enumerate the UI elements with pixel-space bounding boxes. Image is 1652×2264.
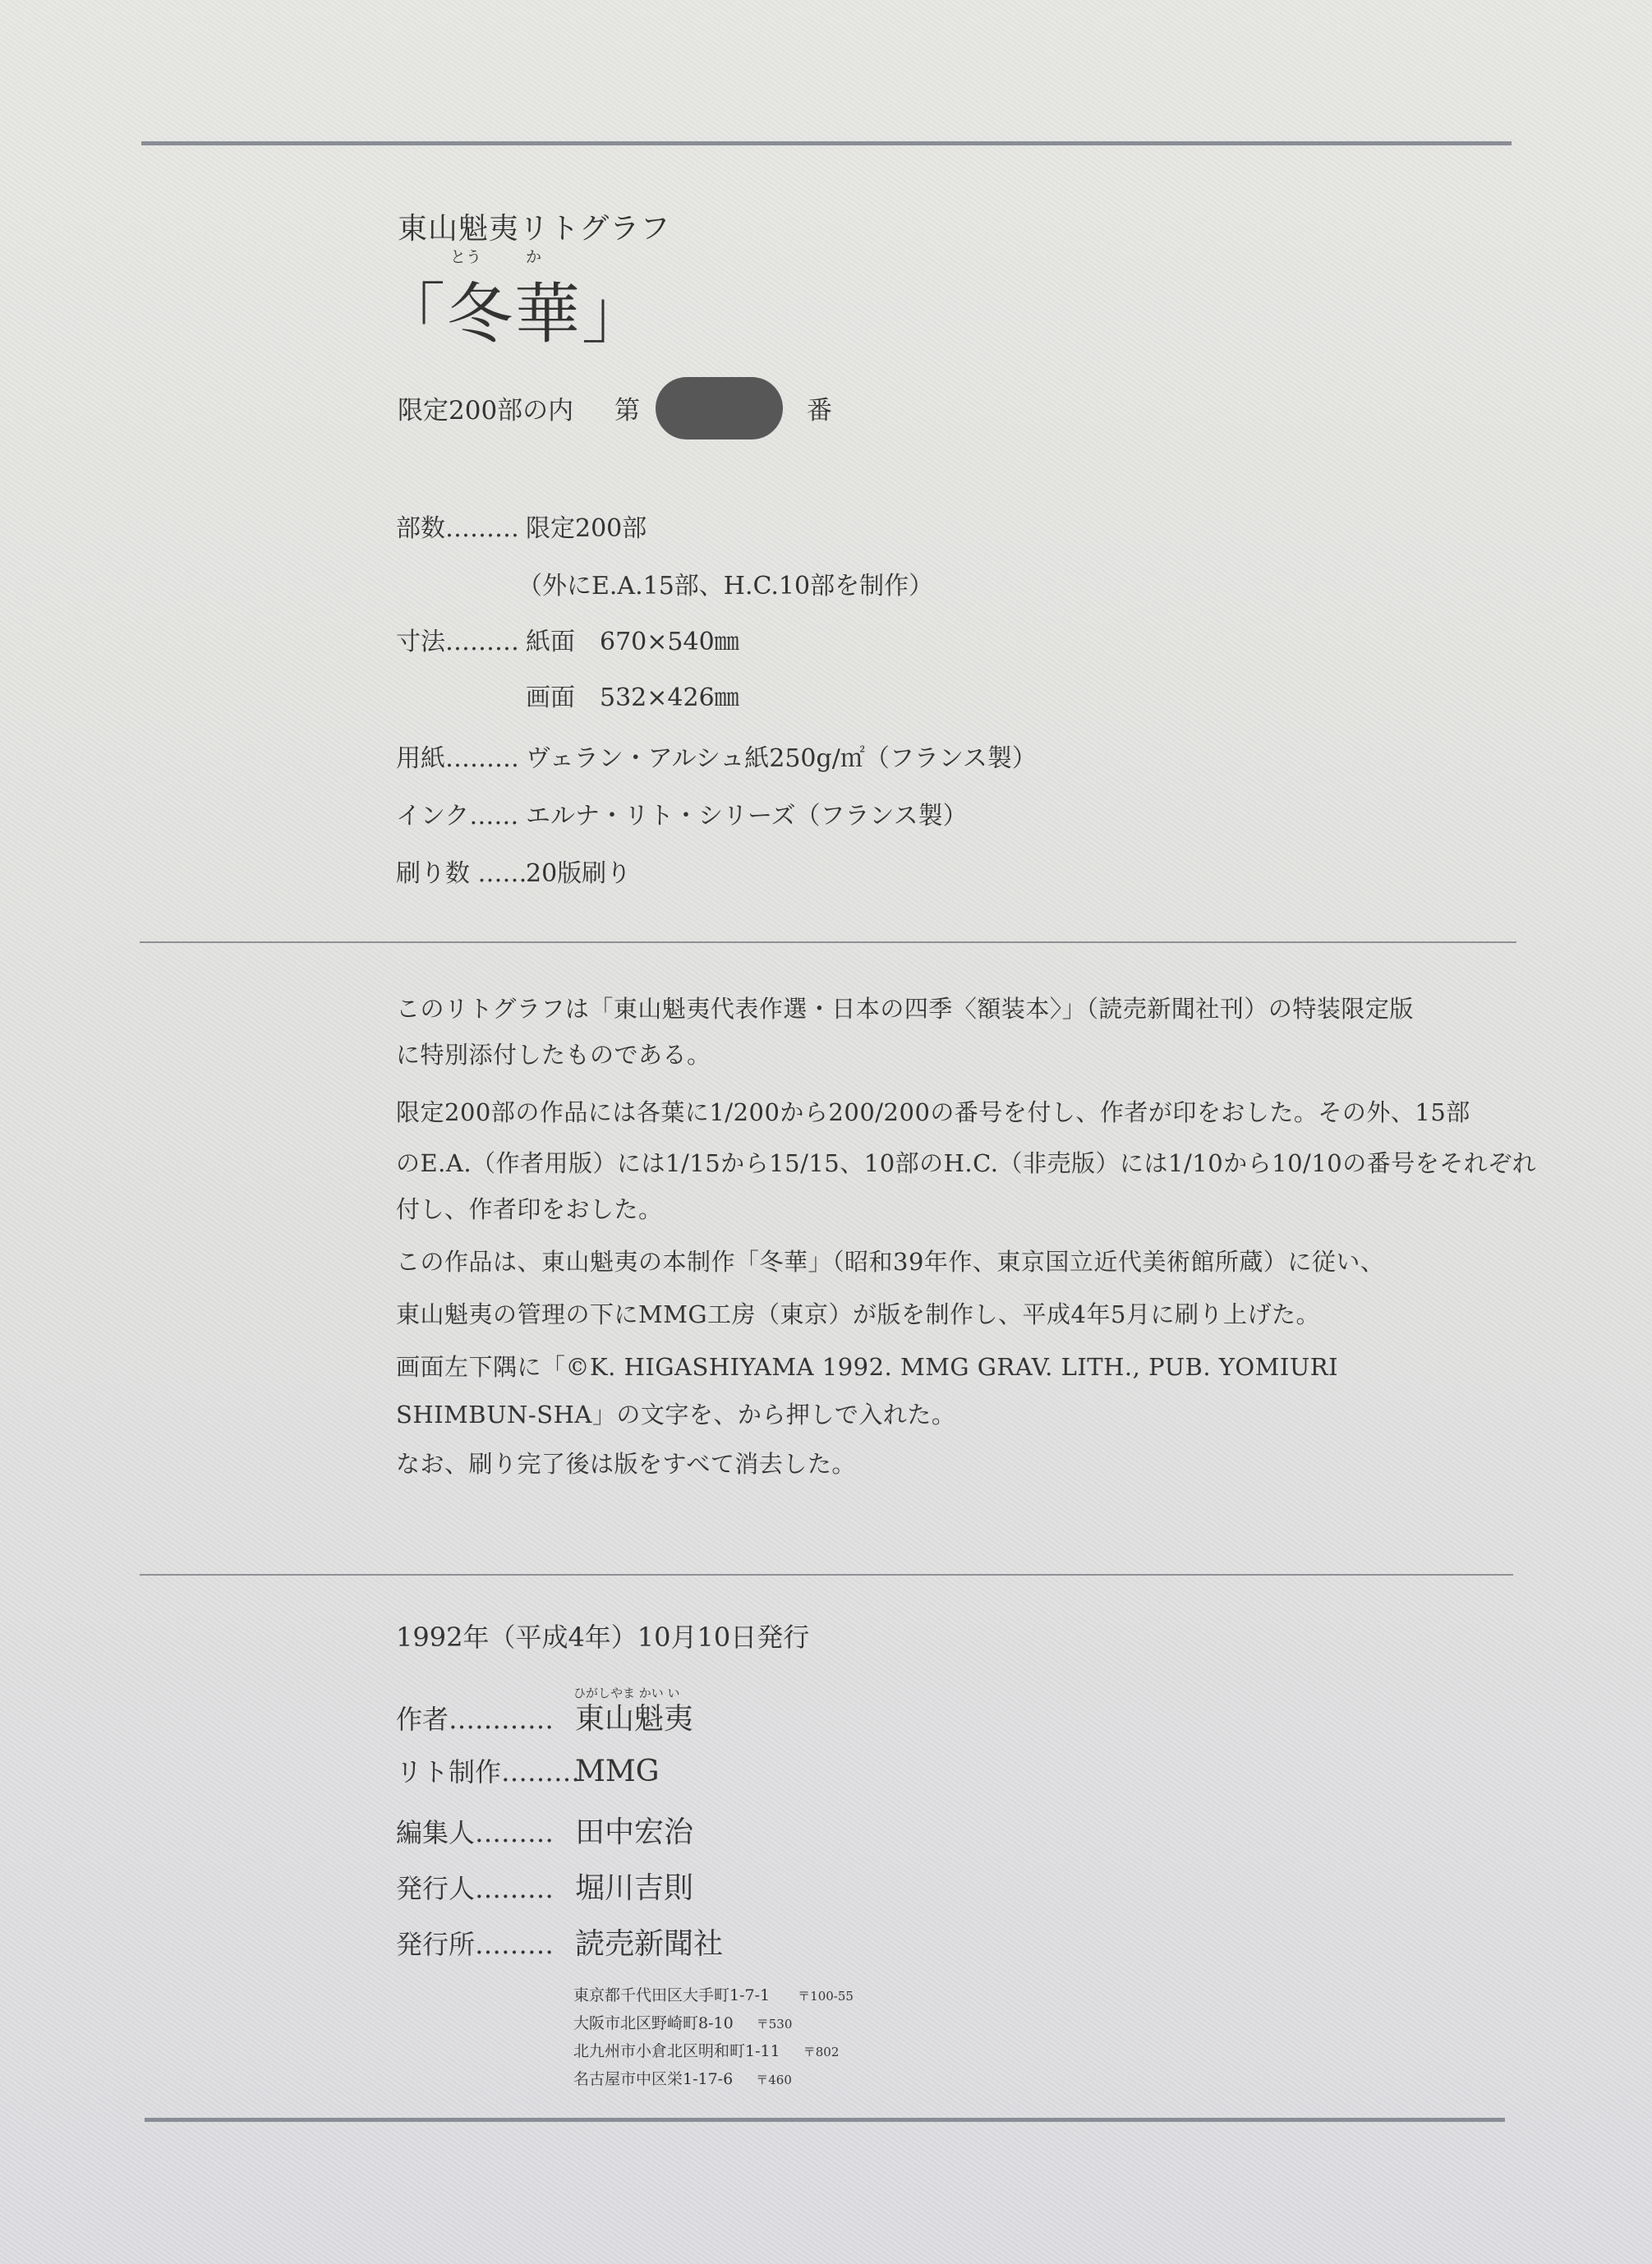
spec-row: 刷り数 ……20版刷り xyxy=(396,853,631,889)
description-line: に特別添付したものである。 xyxy=(396,1037,711,1070)
spec-label: 刷り数 …… xyxy=(396,853,526,889)
credit-row: 発行人………堀川吉則 xyxy=(396,1865,693,1907)
address-row: 大阪市北区野崎町8-10 〒530 xyxy=(573,2011,792,2033)
description-line: のE.A.（作者用版）には1/15から15/15、10部のH.C.（非売版）には… xyxy=(396,1145,1536,1179)
credit-row: 編集人………田中宏治 xyxy=(396,1809,693,1851)
zip-code: 〒460 xyxy=(756,2073,792,2087)
description-line: 付し、作者印をおした。 xyxy=(396,1191,663,1225)
spec-value: 20版刷り xyxy=(526,859,631,888)
spec-label: インク…… xyxy=(396,795,526,831)
spec-row: 用紙………ヴェラン・アルシュ紙250g/㎡（フランス製） xyxy=(396,738,1037,774)
description-line: このリトグラフは「東山魁夷代表作選・日本の四季〈額装本〉」（読売新聞社刊）の特装… xyxy=(396,991,1414,1024)
top-rule xyxy=(141,141,1512,145)
edition-ban: 番 xyxy=(807,389,832,426)
redacted-edition-number xyxy=(656,377,783,439)
description-line: 限定200部の作品には各葉に1/200から200/200の番号を付し、作者が印を… xyxy=(396,1094,1470,1128)
spec-row: 画面 532×426㎜ xyxy=(526,677,739,713)
divider-rule-1 xyxy=(140,941,1516,943)
edition-dai: 第 xyxy=(614,389,640,426)
spec-value: エルナ・リト・シリーズ（フランス製） xyxy=(526,802,968,831)
divider-rule-2 xyxy=(140,1574,1513,1576)
description-line: なお、刷り完了後は版をすべて消去した。 xyxy=(396,1446,856,1479)
description-line: SHIMBUN-SHA」の文字を、から押しで入れた。 xyxy=(396,1397,955,1430)
credit-value: 東山魁夷 xyxy=(575,1702,693,1736)
address-text: 東京都千代田区大手町1-7-1 xyxy=(573,1986,770,2004)
zip-code: 〒530 xyxy=(757,2017,793,2032)
bottom-rule xyxy=(145,2118,1505,2122)
credit-label: 作者………… xyxy=(396,1699,575,1737)
subtitle: 東山魁夷リトグラフ xyxy=(398,205,670,247)
spec-label: 用紙……… xyxy=(396,738,526,774)
credit-value: 田中宏治 xyxy=(575,1815,693,1849)
credit-label: 発行所……… xyxy=(396,1924,575,1962)
credit-value: 読売新聞社 xyxy=(575,1927,723,1961)
description-line: 画面左下隅に「©K. HIGASHIYAMA 1992. MMG GRAV. L… xyxy=(396,1349,1338,1383)
edition-prefix: 限定200部の内 xyxy=(398,389,573,426)
spec-value: 限定200部 xyxy=(526,514,647,543)
address-row: 名古屋市中区栄1-17-6 〒460 xyxy=(573,2067,792,2089)
credit-label: リト制作……… xyxy=(396,1751,575,1789)
spec-value: （外にE.A.15部、H.C.10部を制作） xyxy=(518,572,933,601)
credit-row: リト制作………MMG xyxy=(396,1751,659,1789)
description-line: 東山魁夷の管理の下にMMG工房（東京）が版を制作し、平成4年5月に刷り上げた。 xyxy=(396,1296,1320,1330)
paper-texture xyxy=(0,0,1652,2264)
address-row: 北九州市小倉北区明和町1-11 〒802 xyxy=(573,2039,839,2061)
credit-value: MMG xyxy=(575,1755,659,1788)
address-row: 東京都千代田区大手町1-7-1 〒100-55 xyxy=(573,1983,854,2005)
zip-code: 〒100-55 xyxy=(798,1989,854,2004)
credit-row: 作者…………東山魁夷 xyxy=(396,1696,693,1737)
spec-label: 部数……… xyxy=(396,508,526,544)
credit-label: 編集人……… xyxy=(396,1812,575,1850)
description-line: この作品は、東山魁夷の本制作「冬華」（昭和39年作、東京国立近代美術館所蔵）に従… xyxy=(396,1244,1384,1277)
spec-value: ヴェラン・アルシュ紙250g/㎡（フランス製） xyxy=(526,744,1037,773)
zip-code: 〒802 xyxy=(803,2045,840,2059)
address-text: 名古屋市中区栄1-17-6 xyxy=(573,2070,733,2088)
spec-label: 寸法……… xyxy=(396,621,526,657)
spec-row: 寸法………紙面 670×540㎜ xyxy=(396,621,739,657)
credit-row: 発行所………読売新聞社 xyxy=(396,1921,723,1963)
spec-value: 画面 532×426㎜ xyxy=(526,683,739,712)
address-text: 大阪市北区野崎町8-10 xyxy=(573,2014,734,2032)
address-text: 北九州市小倉北区明和町1-11 xyxy=(573,2042,780,2060)
spec-row: （外にE.A.15部、H.C.10部を制作） xyxy=(518,565,933,601)
publication-date: 1992年（平成4年）10月10日発行 xyxy=(396,1617,809,1654)
page-title: 「冬華」 xyxy=(380,261,649,356)
credit-label: 発行人……… xyxy=(396,1868,575,1906)
credit-value: 堀川吉則 xyxy=(575,1871,693,1905)
spec-row: インク……エルナ・リト・シリーズ（フランス製） xyxy=(396,795,968,831)
spec-row: 部数………限定200部 xyxy=(396,508,647,544)
spec-value: 紙面 670×540㎜ xyxy=(526,628,739,656)
